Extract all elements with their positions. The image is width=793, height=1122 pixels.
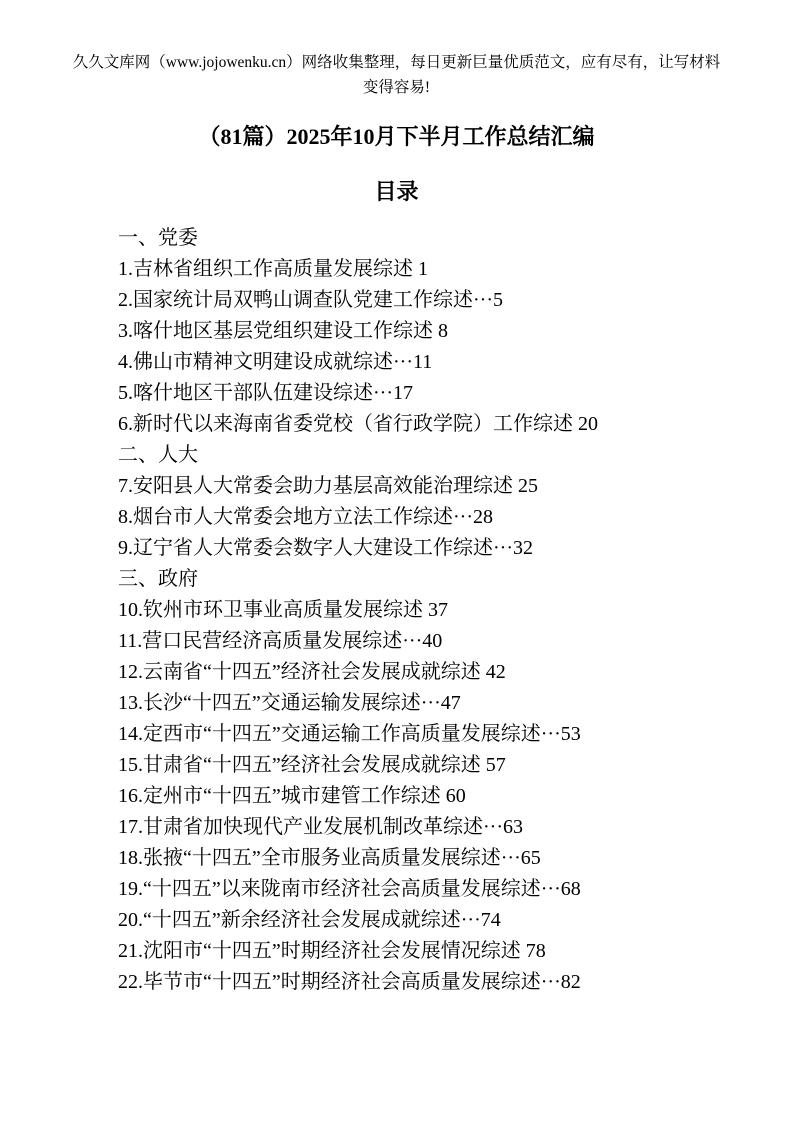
site-watermark-line-1: 久久文库网（www.jojowenku.cn）网络收集整理，每日更新巨量优质范文… [58, 50, 735, 75]
toc-entry: 15.甘肃省“十四五”经济社会发展成就综述 57 [118, 750, 713, 781]
toc-entry: 18.张掖“十四五”全市服务业高质量发展综述···65 [118, 843, 713, 874]
toc-entry: 22.毕节市“十四五”时期经济社会高质量发展综述···82 [118, 967, 713, 998]
site-watermark-line-2: 变得容易! [58, 75, 735, 100]
site-watermark-header: 久久文库网（www.jojowenku.cn）网络收集整理，每日更新巨量优质范文… [58, 50, 735, 100]
toc-entry: 16.定州市“十四五”城市建管工作综述 60 [118, 781, 713, 812]
toc-entry: 3.喀什地区基层党组织建设工作综述 8 [118, 316, 713, 347]
toc-entry: 12.云南省“十四五”经济社会发展成就综述 42 [118, 657, 713, 688]
toc-entry: 2.国家统计局双鸭山调查队党建工作综述···5 [118, 285, 713, 316]
toc-entry: 21.沈阳市“十四五”时期经济社会发展情况综述 78 [118, 936, 713, 967]
toc-entry: 9.辽宁省人大常委会数字人大建设工作综述···32 [118, 533, 713, 564]
toc-entry: 17.甘肃省加快现代产业发展机制改革综述···63 [118, 812, 713, 843]
document-page: 久久文库网（www.jojowenku.cn）网络收集整理，每日更新巨量优质范文… [0, 0, 793, 1122]
toc-entry: 6.新时代以来海南省委党校（省行政学院）工作综述 20 [118, 409, 713, 440]
toc-entry: 11.营口民营经济高质量发展综述···40 [118, 626, 713, 657]
toc-section-label: 一、党委 [118, 223, 713, 254]
toc-entry: 20.“十四五”新余经济社会发展成就综述···74 [118, 905, 713, 936]
toc-entry: 19.“十四五”以来陇南市经济社会高质量发展综述···68 [118, 874, 713, 905]
toc-entry: 4.佛山市精神文明建设成就综述···11 [118, 347, 713, 378]
toc-entry: 13.长沙“十四五”交通运输发展综述···47 [118, 688, 713, 719]
toc-entry: 5.喀什地区干部队伍建设综述···17 [118, 378, 713, 409]
toc-entry: 7.安阳县人大常委会助力基层高效能治理综述 25 [118, 471, 713, 502]
toc-section-label: 二、人大 [118, 440, 713, 471]
toc-entry: 10.钦州市环卫事业高质量发展综述 37 [118, 595, 713, 626]
toc-entry: 14.定西市“十四五”交通运输工作高质量发展综述···53 [118, 719, 713, 750]
toc-heading: 目录 [0, 177, 793, 207]
toc-section-label: 三、政府 [118, 564, 713, 595]
toc-list: 一、党委1.吉林省组织工作高质量发展综述 12.国家统计局双鸭山调查队党建工作综… [118, 223, 713, 998]
toc-entry: 8.烟台市人大常委会地方立法工作综述···28 [118, 502, 713, 533]
toc-entry: 1.吉林省组织工作高质量发展综述 1 [118, 254, 713, 285]
document-title: （81篇）2025年10月下半月工作总结汇编 [0, 122, 793, 152]
